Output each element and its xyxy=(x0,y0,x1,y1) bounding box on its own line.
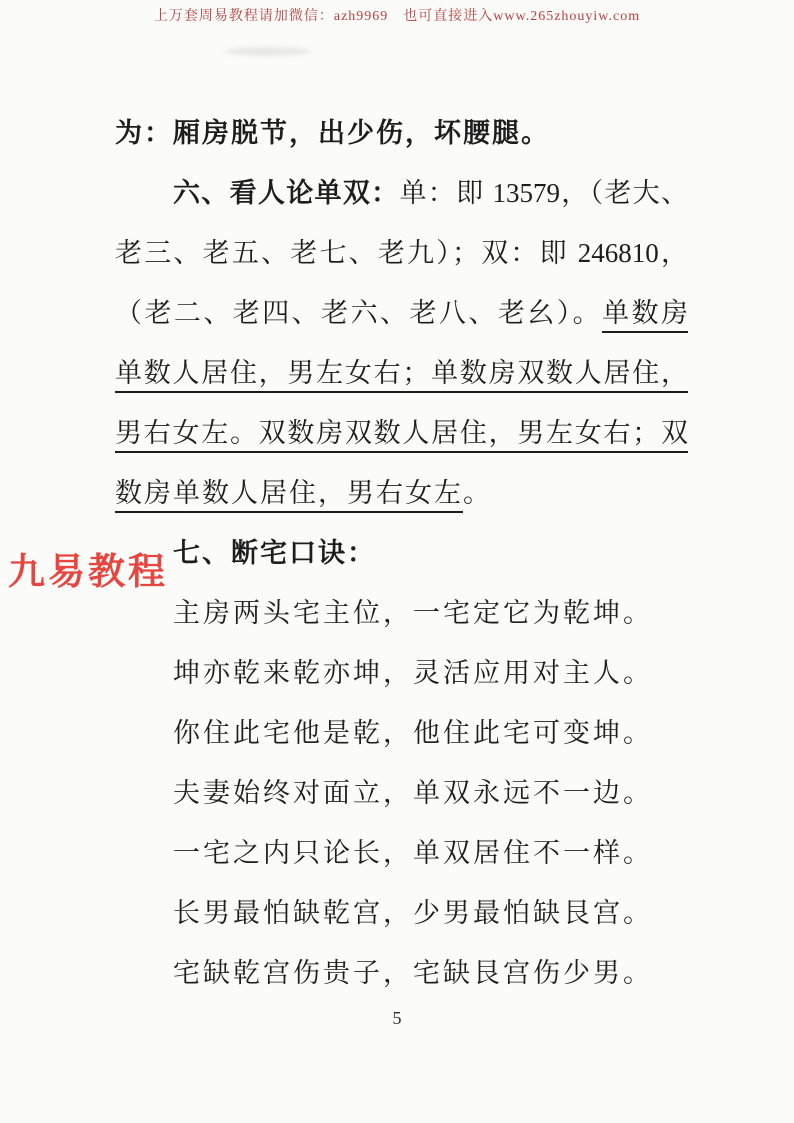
verse-line: 宅缺乾宫伤贵子，宅缺艮宫伤少男。 xyxy=(115,943,688,1003)
text-line: 单数人居住，男左女右；单数房双数人居住， xyxy=(115,343,688,403)
document-body: 为：厢房脱节，出少伤，坏腰腿。 六、看人论单双：单：即 13579，（老大、 老… xyxy=(115,103,688,1003)
text-line-section-six-heading: 六、看人论单双：单：即 13579，（老大、 xyxy=(115,163,688,223)
promo-header-text: 上万套周易教程请加微信：azh9969 也可直接进入www.265zhouyiw… xyxy=(0,5,794,25)
scanned-document-page: { "header": { "text": "上万套周易教程请加微信：azh99… xyxy=(0,0,794,1123)
text-segment: 六、看人论单双： xyxy=(173,178,399,208)
verse-line: 夫妻始终对面立，单双永远不一边。 xyxy=(115,763,688,823)
text-segment: 宅缺乾宫伤贵子，宅缺艮宫伤少男。 xyxy=(173,958,653,988)
text-segment: 长男最怕缺乾宫，少男最怕缺艮宫。 xyxy=(173,898,653,928)
text-segment: 七、断宅口诀： xyxy=(173,538,376,568)
text-line: 男右女左。双数房双数人居住，男左女右；双 xyxy=(115,403,688,463)
text-segment: 夫妻始终对面立，单双永远不一边。 xyxy=(173,778,653,808)
text-segment: 为：厢房脱节，出少伤，坏腰腿。 xyxy=(115,118,550,148)
verse-line: 你住此宅他是乾，他住此宅可变坤。 xyxy=(115,703,688,763)
text-line: （老二、老四、老六、老八、老幺）。单数房 xyxy=(115,283,688,343)
verse-line: 长男最怕缺乾宫，少男最怕缺艮宫。 xyxy=(115,883,688,943)
verse-line: 主房两头宅主位，一宅定它为乾坤。 xyxy=(115,583,688,643)
text-segment-underlined: 单数人居住，男左女右；单数房双数人居住， xyxy=(115,358,688,393)
text-segment: 你住此宅他是乾，他住此宅可变坤。 xyxy=(173,718,653,748)
text-segment: 主房两头宅主位，一宅定它为乾坤。 xyxy=(173,598,653,628)
text-segment-underlined: 数房单数人居住，男右女左 xyxy=(115,478,463,513)
text-segment-underlined: 男右女左。双数房双数人居住，男左女右；双 xyxy=(115,418,688,453)
verse-line: 坤亦乾来乾亦坤，灵活应用对主人。 xyxy=(115,643,688,703)
text-segment: 一宅之内只论长，单双居住不一样。 xyxy=(173,838,653,868)
text-line: 老三、老五、老七、老九）；双：即 246810， xyxy=(115,223,688,283)
text-segment-underlined: 单数房 xyxy=(602,298,688,333)
text-segment: （老二、老四、老六、老八、老幺）。 xyxy=(115,298,602,328)
text-line: 数房单数人居住，男右女左。 xyxy=(115,463,688,523)
text-segment: 老三、老五、老七、老九）；双：即 246810， xyxy=(115,238,688,268)
text-line: 为：厢房脱节，出少伤，坏腰腿。 xyxy=(115,103,688,163)
verse-line: 一宅之内只论长，单双居住不一样。 xyxy=(115,823,688,883)
text-line-section-seven-heading: 七、断宅口诀： xyxy=(115,523,688,583)
page-number: 5 xyxy=(0,1008,794,1029)
scan-smudge xyxy=(225,47,310,56)
text-segment: 单：即 13579，（老大、 xyxy=(399,178,688,208)
text-segment: 坤亦乾来乾亦坤，灵活应用对主人。 xyxy=(173,658,653,688)
text-segment: 。 xyxy=(463,478,492,508)
